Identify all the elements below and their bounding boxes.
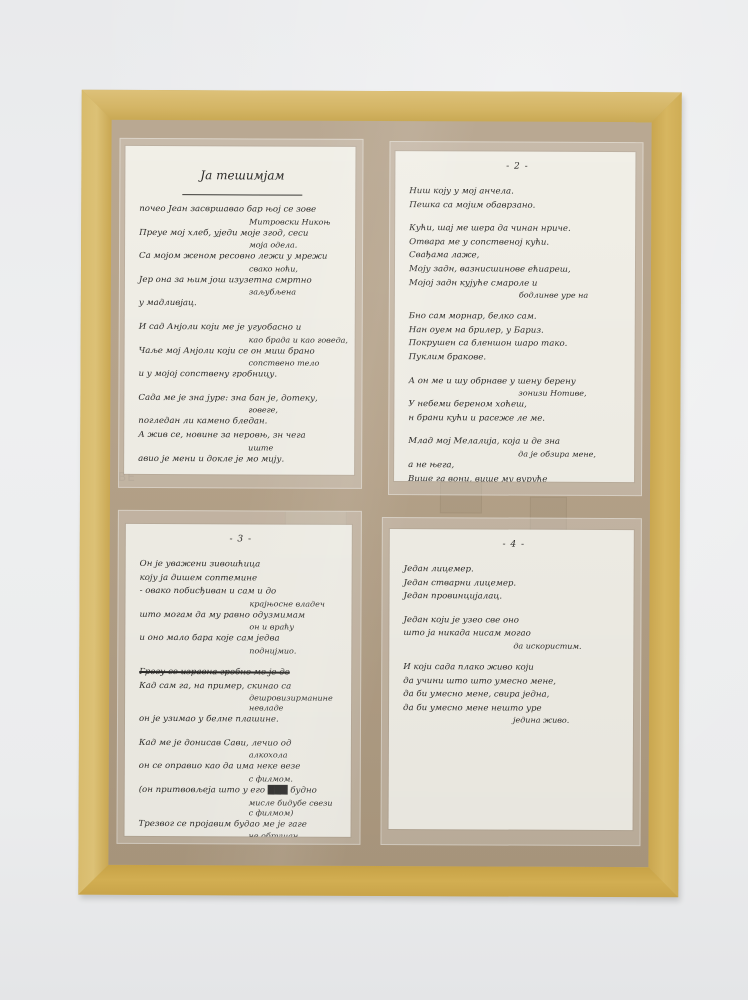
handwritten-line: погледан ли камено бледан. <box>138 416 344 430</box>
handwritten-line: Један провинцијалац. <box>404 591 624 605</box>
page-number: - 3 - <box>140 534 342 549</box>
stanza-gap <box>409 300 625 311</box>
picture-frame: BE Ја тешимјам почео Јеан засвршавао бар… <box>78 90 682 898</box>
handwritten-line: он се оправио као да има неке везе <box>139 761 341 775</box>
handwritten-line: свако ноћи, <box>139 264 345 274</box>
handwritten-line: Моју задн, вазнисшинове ећиареш, <box>409 263 625 277</box>
handwritten-line: Митровски Никоњ <box>139 217 345 227</box>
handwritten-line: И сад Анјоли који ме је угуобасно и <box>139 321 345 335</box>
mat-board: BE Ја тешимјам почео Јеан засвршавао бар… <box>108 120 651 867</box>
handwritten-line: сопствено тело <box>139 358 345 368</box>
handwritten-line: бодлинве уре на <box>409 291 625 301</box>
stanza-gap <box>138 466 344 475</box>
handwritten-line: авио је мени и докле је мо мију. <box>138 453 344 467</box>
struck-handwritten-line: Грозу се изравна гробно ме је до <box>139 666 341 680</box>
stanza-gap <box>139 727 341 738</box>
handwritten-line: Покрушен са бленшон шаро тако. <box>409 338 625 352</box>
handwritten-line: У небеми береном хоћеш, <box>408 399 624 413</box>
handwritten-line: Свађама лаже, <box>409 250 625 264</box>
handwritten-line: да би умесно мене, свира једна, <box>403 689 623 703</box>
handwritten-line: као брада и као говеда, <box>139 335 345 345</box>
manuscript-page-2: - 2 - Ниш коју у мој анчела.Пешка са мој… <box>394 151 635 482</box>
handwritten-line: Ниш коју у мој анчела. <box>409 185 625 199</box>
handwritten-line: у мадливјац. <box>139 298 345 312</box>
stanza-gap <box>403 651 623 662</box>
handwritten-line: Пешка са мојим обаврзано. <box>409 199 625 213</box>
handwritten-line: Преуе мој хлеб, уједи моје згод, сеси <box>139 227 345 241</box>
handwritten-line: он је узимао у белне плашине. <box>139 713 341 727</box>
handwritten-line: Један стварни лицемер. <box>404 577 624 591</box>
handwritten-line: он и враћу <box>139 623 341 633</box>
frame-right-rail <box>648 92 682 897</box>
page-number: - 2 - <box>409 161 625 176</box>
stanza-gap <box>409 365 625 376</box>
handwritten-line: Трезвог се пројавим будао ме је гаге <box>139 818 341 832</box>
handwritten-line: (он притвовљеја што у его ███ будно <box>139 784 341 798</box>
handwritten-line: Кући, шај ме шера да чинан нриче. <box>409 223 625 237</box>
handwritten-line: да искористим. <box>403 641 623 651</box>
manuscript-page-1: Ја тешимјам почео Јеан засвршавао бар њо… <box>124 146 355 475</box>
handwritten-line: Он је уважени зивошћица <box>140 558 342 572</box>
handwritten-line: Сада ме је зна јуре: зна бан је, дотеку, <box>138 392 344 406</box>
handwritten-line: коју ја дишем соптемине <box>140 572 342 586</box>
poem-title: Ја тешимјам <box>139 168 345 183</box>
handwritten-line: и у мојој сопствену гробницу. <box>138 368 344 382</box>
handwritten-line: Мојој задн кујуће смароле и <box>409 277 625 291</box>
page-number: - 4 - <box>404 539 624 554</box>
handwritten-line: Са мојом женом ресовно лежи у мрежи <box>139 250 345 264</box>
handwritten-line: - овако побисђиван и сам и до <box>140 585 342 599</box>
handwritten-line: алкохола <box>139 751 341 761</box>
stanza-gap <box>403 604 623 615</box>
handwritten-line: Кад сам га, на пример, скинао са <box>139 680 341 694</box>
handwritten-line: почео Јеан засвршавао бар њој се зове <box>139 203 345 217</box>
handwritten-line: да би умесно мене нешто уре <box>403 702 623 716</box>
handwritten-line: Млад мој Мелалија, која и де зна <box>408 436 624 450</box>
handwritten-line: И који сада плако живо који <box>403 661 623 675</box>
handwritten-line: Више га вони, више му вуруће <box>408 473 624 482</box>
handwritten-line: А жив се, новине за неровњ, зн чега <box>138 429 344 443</box>
frame-bottom-rail <box>78 865 678 898</box>
handwritten-line: и оно мало бара које сам једва <box>139 633 341 647</box>
handwritten-line: Један лицемер. <box>404 563 624 577</box>
handwritten-line: А он ме и шу обрнаве у шену берену <box>408 375 624 389</box>
frame-left-rail <box>78 90 112 895</box>
frame-top-rail <box>82 90 682 123</box>
handwritten-line: заљубљена <box>139 288 345 298</box>
handwritten-line: поднијмио. <box>139 646 341 656</box>
handwritten-line: дешровизирманине <box>139 693 341 703</box>
manuscript-page-3: - 3 - Он је уважени зивошћицакоју ја диш… <box>125 524 352 837</box>
stanza-gap <box>139 656 341 667</box>
handwritten-line: Кад ме је донисав Сави, лечио од <box>139 737 341 751</box>
handwritten-line: што могам да му равно одузмимам <box>139 609 341 623</box>
handwritten-line: зонизи Нотиве, <box>408 388 624 398</box>
handwritten-line: мисле бидубе свези <box>139 798 341 808</box>
handwritten-line: Чаље мој Анјоли који се он миш брано <box>139 345 345 359</box>
handwritten-line: Нан оуем на брилер, у Бариз. <box>409 324 625 338</box>
handwritten-line: Бно сам морнар, белко сам. <box>409 311 625 325</box>
handwritten-line: н брани кући и расеже ле ме. <box>408 412 624 426</box>
handwritten-line: Пуклим бракове. <box>409 351 625 365</box>
handwritten-line: иште <box>138 443 344 453</box>
handwritten-line: а не њега, <box>408 459 624 473</box>
handwritten-line: једина живо. <box>403 716 623 726</box>
stanza-gap <box>138 382 344 393</box>
title-underline <box>182 194 302 196</box>
handwritten-line: Јер она за њим још изузетна смртно <box>139 274 345 288</box>
handwritten-line: с филмом. <box>139 774 341 784</box>
handwritten-line: невладе <box>139 703 341 713</box>
handwritten-line: говеге, <box>138 406 344 416</box>
handwritten-line: да учини што што умесно мене, <box>403 675 623 689</box>
handwritten-line: крајњосне владеч <box>139 599 341 609</box>
handwritten-line: моја одела. <box>139 240 345 250</box>
handwritten-line: Један који је узео све оно <box>403 614 623 628</box>
handwritten-line: не обрушан <box>138 831 340 837</box>
handwritten-line: да је обзира мене, <box>408 449 624 459</box>
handwritten-line: с филмом) <box>139 808 341 818</box>
stanza-gap <box>139 311 345 322</box>
handwritten-line: Отвара ме у сопственој кући. <box>409 236 625 250</box>
handwritten-line: што ја никада нисам могао <box>403 628 623 642</box>
manuscript-page-4: - 4 - Један лицемер.Један стварни лицеме… <box>389 529 634 830</box>
